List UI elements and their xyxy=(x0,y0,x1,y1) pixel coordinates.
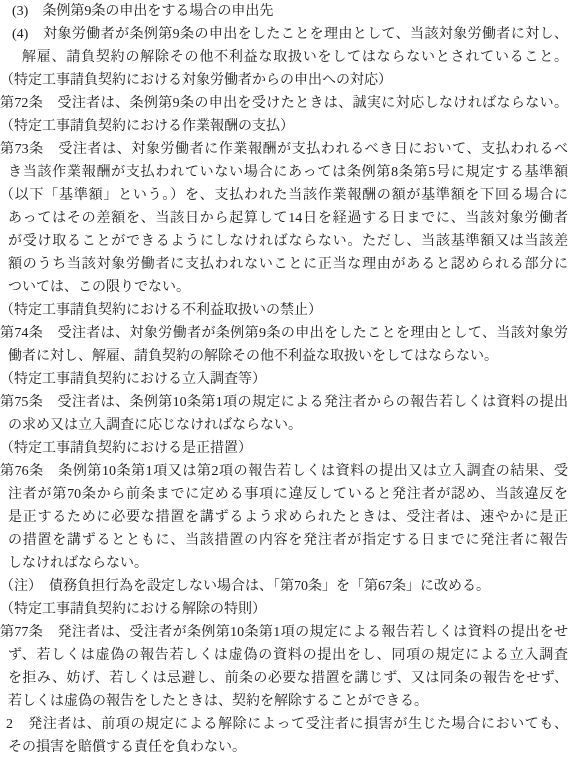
text-line: 第72条 受注者は、条例第9条の申出を受けたときは、誠実に対応しなければならない… xyxy=(0,92,568,115)
text-line: あってはその差額を、当該日から起算して14日を経過する日までに、当該対象労働者 xyxy=(0,207,568,230)
document-page: (3) 条例第9条の申出をする場合の申出先(4) 対象労働者が条例第9条の申出を… xyxy=(0,0,568,758)
text-line: （特定工事請負契約における不利益取扱いの禁止） xyxy=(0,299,568,322)
text-line: き当該作業報酬が支払われていない場合にあっては条例第8条第5号に規定する基準額 xyxy=(0,161,568,184)
text-line: の措置を講ずるとともに、当該措置の内容を発注者が指定する日までに発注者に報告 xyxy=(0,529,568,552)
text-line: （特定工事請負契約における解除の特則） xyxy=(0,598,568,621)
text-line: ず、若しくは虚偽の報告若しくは虚偽の資料の提出をし、同項の規定による立入調査 xyxy=(0,644,568,667)
text-line: 第74条 受注者は、対象労働者が条例第9条の申出をしたことを理由として、当該対象… xyxy=(0,322,568,345)
text-line: が受け取ることができるようにしなければならない。ただし、当該基準額又は当該差 xyxy=(0,230,568,253)
text-line: 第75条 受注者は、条例第10条第1項の規定による発注者からの報告若しくは資料の… xyxy=(0,391,568,414)
text-line: 若しくは虚偽の報告をしたときは、契約を解除することができる。 xyxy=(0,690,568,713)
text-line: 第77条 発注者は、受注者が条例第10条第1項の規定による報告若しくは資料の提出… xyxy=(0,621,568,644)
text-line: （特定工事請負契約における是正措置） xyxy=(0,437,568,460)
text-line: （特定工事請負契約における対象労働者からの申出への対応） xyxy=(0,69,568,92)
text-line: （特定工事請負契約における作業報酬の支払） xyxy=(0,115,568,138)
text-line: 働者に対し、解雇、請負契約の解除その他不利益な取扱いをしてはならない。 xyxy=(0,345,568,368)
text-line: 第76条 条例第10条第1項又は第2項の報告若しくは資料の提出又は立入調査の結果… xyxy=(0,460,568,483)
text-line: しなければならない。 xyxy=(0,552,568,575)
text-line: を拒み、妨げ、若しくは忌避し、前条の必要な措置を講じず、又は同条の報告をせず、 xyxy=(0,667,568,690)
text-line: 額のうち当該対象労働者に支払われないことに正当な理由があると認められる部分に xyxy=(0,253,568,276)
legal-text-block: (3) 条例第9条の申出をする場合の申出先(4) 対象労働者が条例第9条の申出を… xyxy=(0,0,568,758)
text-line: 是正するために必要な措置を講ずるよう求められたときは、受注者は、速やかに是正 xyxy=(0,506,568,529)
text-line: の求め又は立入調査に応じなければならない。 xyxy=(0,414,568,437)
text-line: その損害を賠償する責任を負わない。 xyxy=(0,736,568,758)
text-line: ついては、この限りでない。 xyxy=(0,276,568,299)
text-line: 解雇、請負契約の解除その他不利益な取扱いをしてはならないとされていること。 xyxy=(0,46,568,69)
text-line: （以下「基準額」という。）を、支払われた当該作業報酬の額が基準額を下回る場合に xyxy=(0,184,568,207)
text-line: (3) 条例第9条の申出をする場合の申出先 xyxy=(0,0,568,23)
text-line: 2 発注者は、前項の規定による解除によって受注者に損害が生じた場合においても、 xyxy=(0,713,568,736)
text-line: （特定工事請負契約における立入調査等） xyxy=(0,368,568,391)
text-line: （注） 債務負担行為を設定しない場合は、「第70条」を「第67条」に改める。 xyxy=(0,575,568,598)
text-line: 第73条 受注者は、対象労働者に作業報酬が支払われるべき日において、支払われるべ xyxy=(0,138,568,161)
text-line: (4) 対象労働者が条例第9条の申出をしたことを理由として、当該対象労働者に対し… xyxy=(0,23,568,46)
text-line: 注者が第70条から前条までに定める事項に違反していると発注者が認め、当該違反を xyxy=(0,483,568,506)
